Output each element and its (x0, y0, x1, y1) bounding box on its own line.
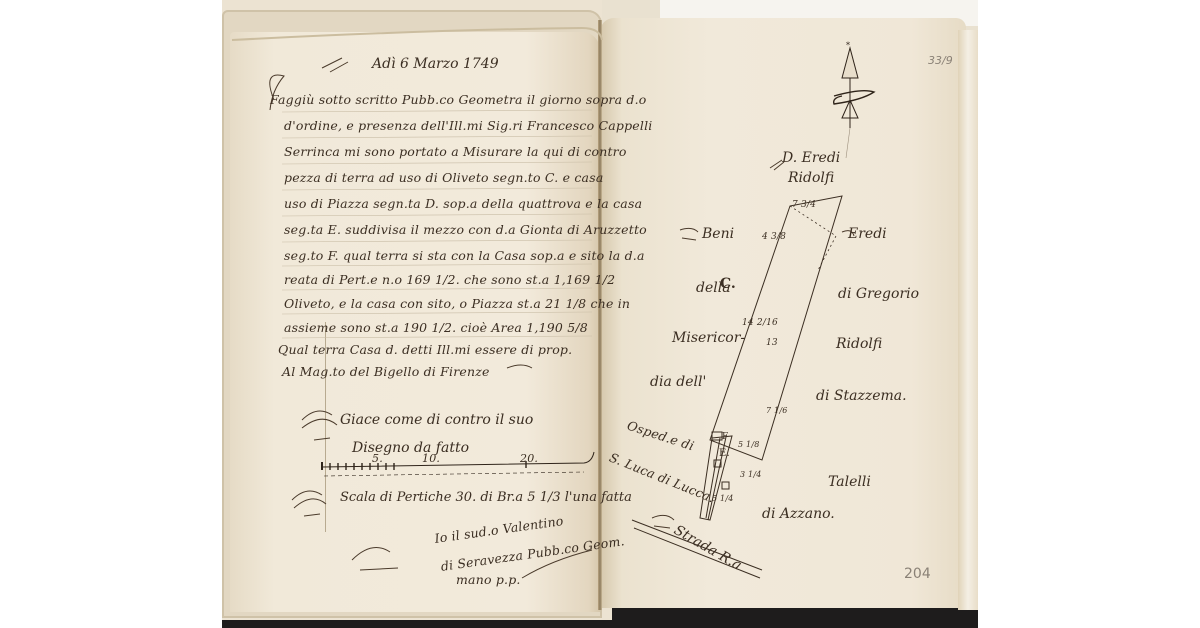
manuscript-scan: Adì 6 Marzo 1749 Faggiù sotto scritto Pu… (222, 0, 978, 628)
ink-drawings: * (222, 0, 978, 628)
svg-text:*: * (846, 41, 850, 50)
